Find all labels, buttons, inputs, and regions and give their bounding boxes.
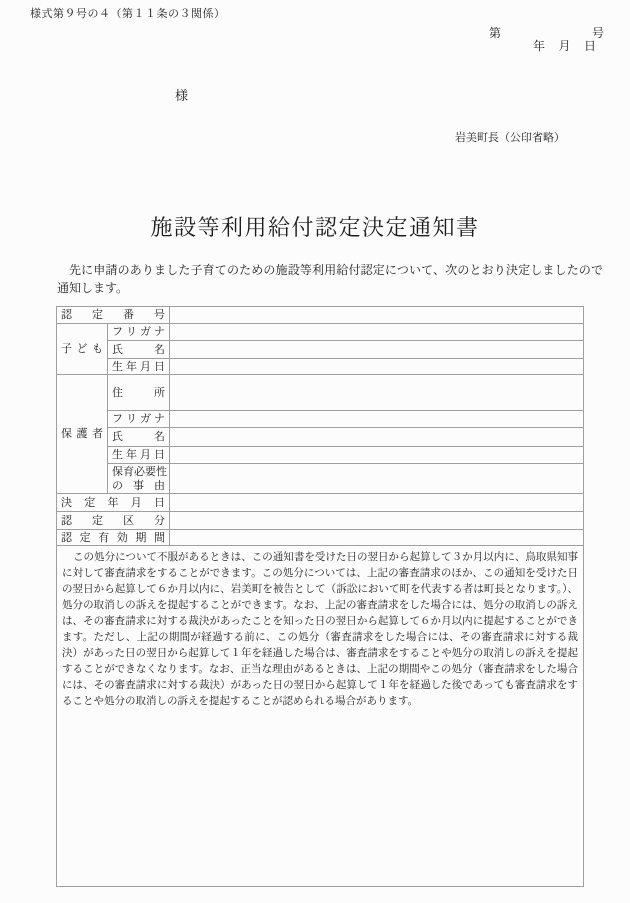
table-row: 生年月日 bbox=[57, 359, 584, 375]
decision-date-value bbox=[170, 494, 584, 512]
guardian-name-label: 氏名 bbox=[112, 430, 165, 444]
guardian-birthdate-label: 生年月日 bbox=[112, 448, 165, 462]
certification-category-label: 認定区分 bbox=[61, 514, 165, 528]
document-page: 様式第９号の４（第１１条の３関係） 第 号 年 月 日 様 岩美町長（公印省略）… bbox=[0, 0, 630, 903]
child-furigana-label: フリガナ bbox=[112, 325, 165, 339]
body-paragraph: 先に申請のありました子育てのための施設等利用給付認定について、次のとおり決定しま… bbox=[57, 261, 603, 297]
certification-category-value bbox=[170, 512, 584, 530]
child-birthdate-value bbox=[170, 359, 584, 375]
table-row: 氏名 bbox=[57, 341, 584, 359]
decision-date-label: 決定年月日 bbox=[61, 496, 165, 510]
child-group-label: 子ども bbox=[61, 342, 103, 356]
sender-name: 岩美町長（公印省略） bbox=[455, 129, 565, 145]
certification-number-label: 認定番号 bbox=[61, 308, 165, 322]
child-name-label: 氏名 bbox=[112, 343, 165, 357]
guardian-furigana-value bbox=[170, 411, 584, 428]
guardian-group-label: 保護者 bbox=[61, 427, 103, 441]
date-day-label: 日 bbox=[584, 37, 596, 54]
child-birthdate-label: 生年月日 bbox=[112, 360, 165, 374]
table-row: 認定有効期間 bbox=[57, 530, 584, 546]
certification-table: 認定番号 子ども フリガナ 氏名 生年月日 bbox=[56, 306, 584, 887]
table-row: フリガナ bbox=[57, 411, 584, 428]
care-necessity-label: 保育必要性 の事由 bbox=[108, 464, 170, 494]
table-row: 認定区分 bbox=[57, 512, 584, 530]
valid-period-value bbox=[170, 530, 584, 546]
table-row: 決定年月日 bbox=[57, 494, 584, 512]
date-year-label: 年 bbox=[533, 37, 545, 54]
care-necessity-label-line2: の事由 bbox=[112, 479, 165, 493]
guardian-address-value bbox=[170, 375, 584, 411]
form-number: 様式第９号の４（第１１条の３関係） bbox=[30, 5, 226, 21]
certification-number-value bbox=[170, 307, 584, 324]
guardian-birthdate-value bbox=[170, 447, 584, 464]
document-title: 施設等利用給付認定決定通知書 bbox=[0, 211, 630, 242]
table-row: 認定番号 bbox=[57, 307, 584, 324]
child-name-value bbox=[170, 341, 584, 359]
guardian-furigana-label: フリガナ bbox=[112, 412, 165, 426]
date-line: 年 月 日 bbox=[533, 37, 596, 54]
guardian-address-label: 住所 bbox=[112, 386, 165, 400]
doc-number-prefix: 第 bbox=[489, 24, 501, 41]
date-month-label: 月 bbox=[558, 37, 570, 54]
valid-period-label: 認定有効期間 bbox=[61, 531, 165, 545]
care-necessity-value bbox=[170, 464, 584, 494]
guardian-name-value bbox=[170, 428, 584, 447]
appeal-notice-text: この処分について不服があるときは、この通知書を受けた日の翌日から起算して３か月以… bbox=[62, 550, 578, 710]
addressee-honorific: 様 bbox=[175, 85, 188, 104]
table-row: 生年月日 bbox=[57, 447, 584, 464]
appeal-notice-cell: この処分について不服があるときは、この通知書を受けた日の翌日から起算して３か月以… bbox=[57, 546, 584, 887]
care-necessity-label-line1: 保育必要性 bbox=[112, 465, 165, 479]
child-furigana-value bbox=[170, 324, 584, 341]
table-row: この処分について不服があるときは、この通知書を受けた日の翌日から起算して３か月以… bbox=[57, 546, 584, 887]
table-row: 子ども フリガナ bbox=[57, 324, 584, 341]
table-row: 保育必要性 の事由 bbox=[57, 464, 584, 494]
table-row: 保護者 住所 bbox=[57, 375, 584, 411]
table-row: 氏名 bbox=[57, 428, 584, 447]
